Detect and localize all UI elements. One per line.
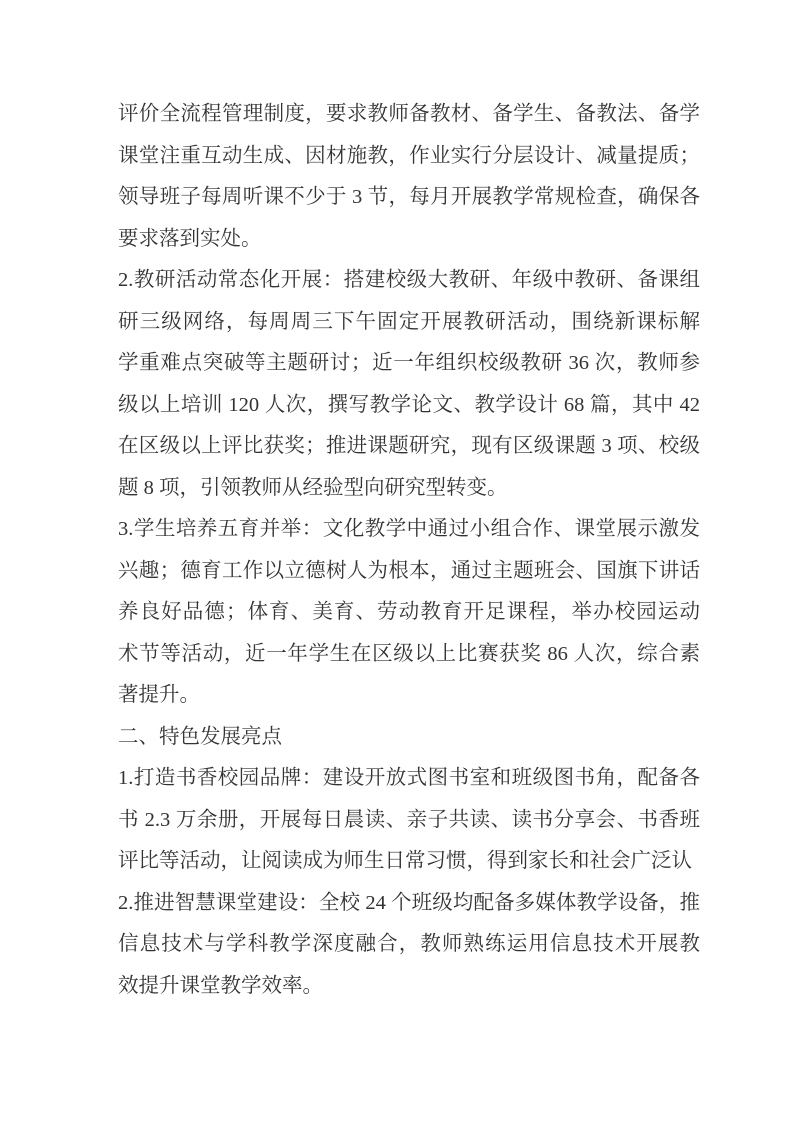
heading-section-two-features: 二、特色发展亮点: [118, 717, 700, 759]
text-line: 效提升课堂教学效率。: [118, 966, 700, 1008]
text-line: 术节等活动，近一年学生在区级以上比赛获奖 86 人次，综合素质显: [118, 634, 700, 676]
text-line: 兴趣；德育工作以立德树人为根本，通过主题班会、国旗下讲话等培: [118, 551, 700, 593]
text-line: 1.打造书香校园品牌：建设开放式图书室和班级图书角，配备各类图: [118, 758, 700, 800]
text-line: 评价全流程管理制度，要求教师备教材、备学生、备教法、备学法，: [118, 94, 700, 136]
text-line: 题 8 项，引领教师从经验型向研究型转变。: [118, 468, 700, 510]
text-line: 书 2.3 万余册，开展每日晨读、亲子共读、读书分享会、书香班级: [118, 800, 700, 842]
text-line: 3.学生培养五育并举：文化教学中通过小组合作、课堂展示激发学生: [118, 509, 700, 551]
text-line: 领导班子每周听课不少于 3 节，每月开展教学常规检查，确保各项: [118, 177, 700, 219]
text-line: 2.推进智慧课堂建设：全校 24 个班级均配备多媒体教学设备，推动: [118, 883, 700, 925]
para-teaching-management-continuation: 评价全流程管理制度，要求教师备教材、备学生、备教法、备学法，课堂注重互动生成、因…: [118, 94, 700, 260]
text-line: 著提升。: [118, 675, 700, 717]
text-line: 研三级网络，每周周三下午固定开展教研活动，围绕新课标解读、教: [118, 302, 700, 344]
text-line: 评比等活动，让阅读成为师生日常习惯，得到家长和社会广泛认可。: [118, 841, 700, 883]
para-teaching-research-activities: 2.教研活动常态化开展：搭建校级大教研、年级中教研、备课组小教研三级网络，每周周…: [118, 260, 700, 509]
text-line: 信息技术与学科教学深度融合，教师熟练运用信息技术开展教学，有: [118, 924, 700, 966]
text-line: 课堂注重互动生成、因材施教，作业实行分层设计、减量提质；学校: [118, 136, 700, 178]
document-page: 评价全流程管理制度，要求教师备教材、备学生、备教法、备学法，课堂注重互动生成、因…: [0, 0, 793, 1122]
para-smart-classroom: 2.推进智慧课堂建设：全校 24 个班级均配备多媒体教学设备，推动信息技术与学科…: [118, 883, 700, 1008]
text-line: 级以上培训 120 人次，撰写教学论文、教学设计 68 篇，其中 42 篇: [118, 385, 700, 427]
text-line: 二、特色发展亮点: [118, 717, 700, 759]
para-reading-campus-brand: 1.打造书香校园品牌：建设开放式图书室和班级图书角，配备各类图书 2.3 万余册…: [118, 758, 700, 883]
text-line: 养良好品德；体育、美育、劳动教育开足课程，举办校园运动会、艺: [118, 592, 700, 634]
document-text-block: 评价全流程管理制度，要求教师备教材、备学生、备教法、备学法，课堂注重互动生成、因…: [118, 94, 700, 1007]
text-line: 在区级以上评比获奖；推进课题研究，现有区级课题 3 项、校级课: [118, 426, 700, 468]
text-line: 学重难点突破等主题研讨；近一年组织校级教研 36 次，教师参与区: [118, 343, 700, 385]
text-line: 要求落到实处。: [118, 219, 700, 261]
para-student-five-educations: 3.学生培养五育并举：文化教学中通过小组合作、课堂展示激发学生兴趣；德育工作以立…: [118, 509, 700, 717]
text-line: 2.教研活动常态化开展：搭建校级大教研、年级中教研、备课组小教: [118, 260, 700, 302]
